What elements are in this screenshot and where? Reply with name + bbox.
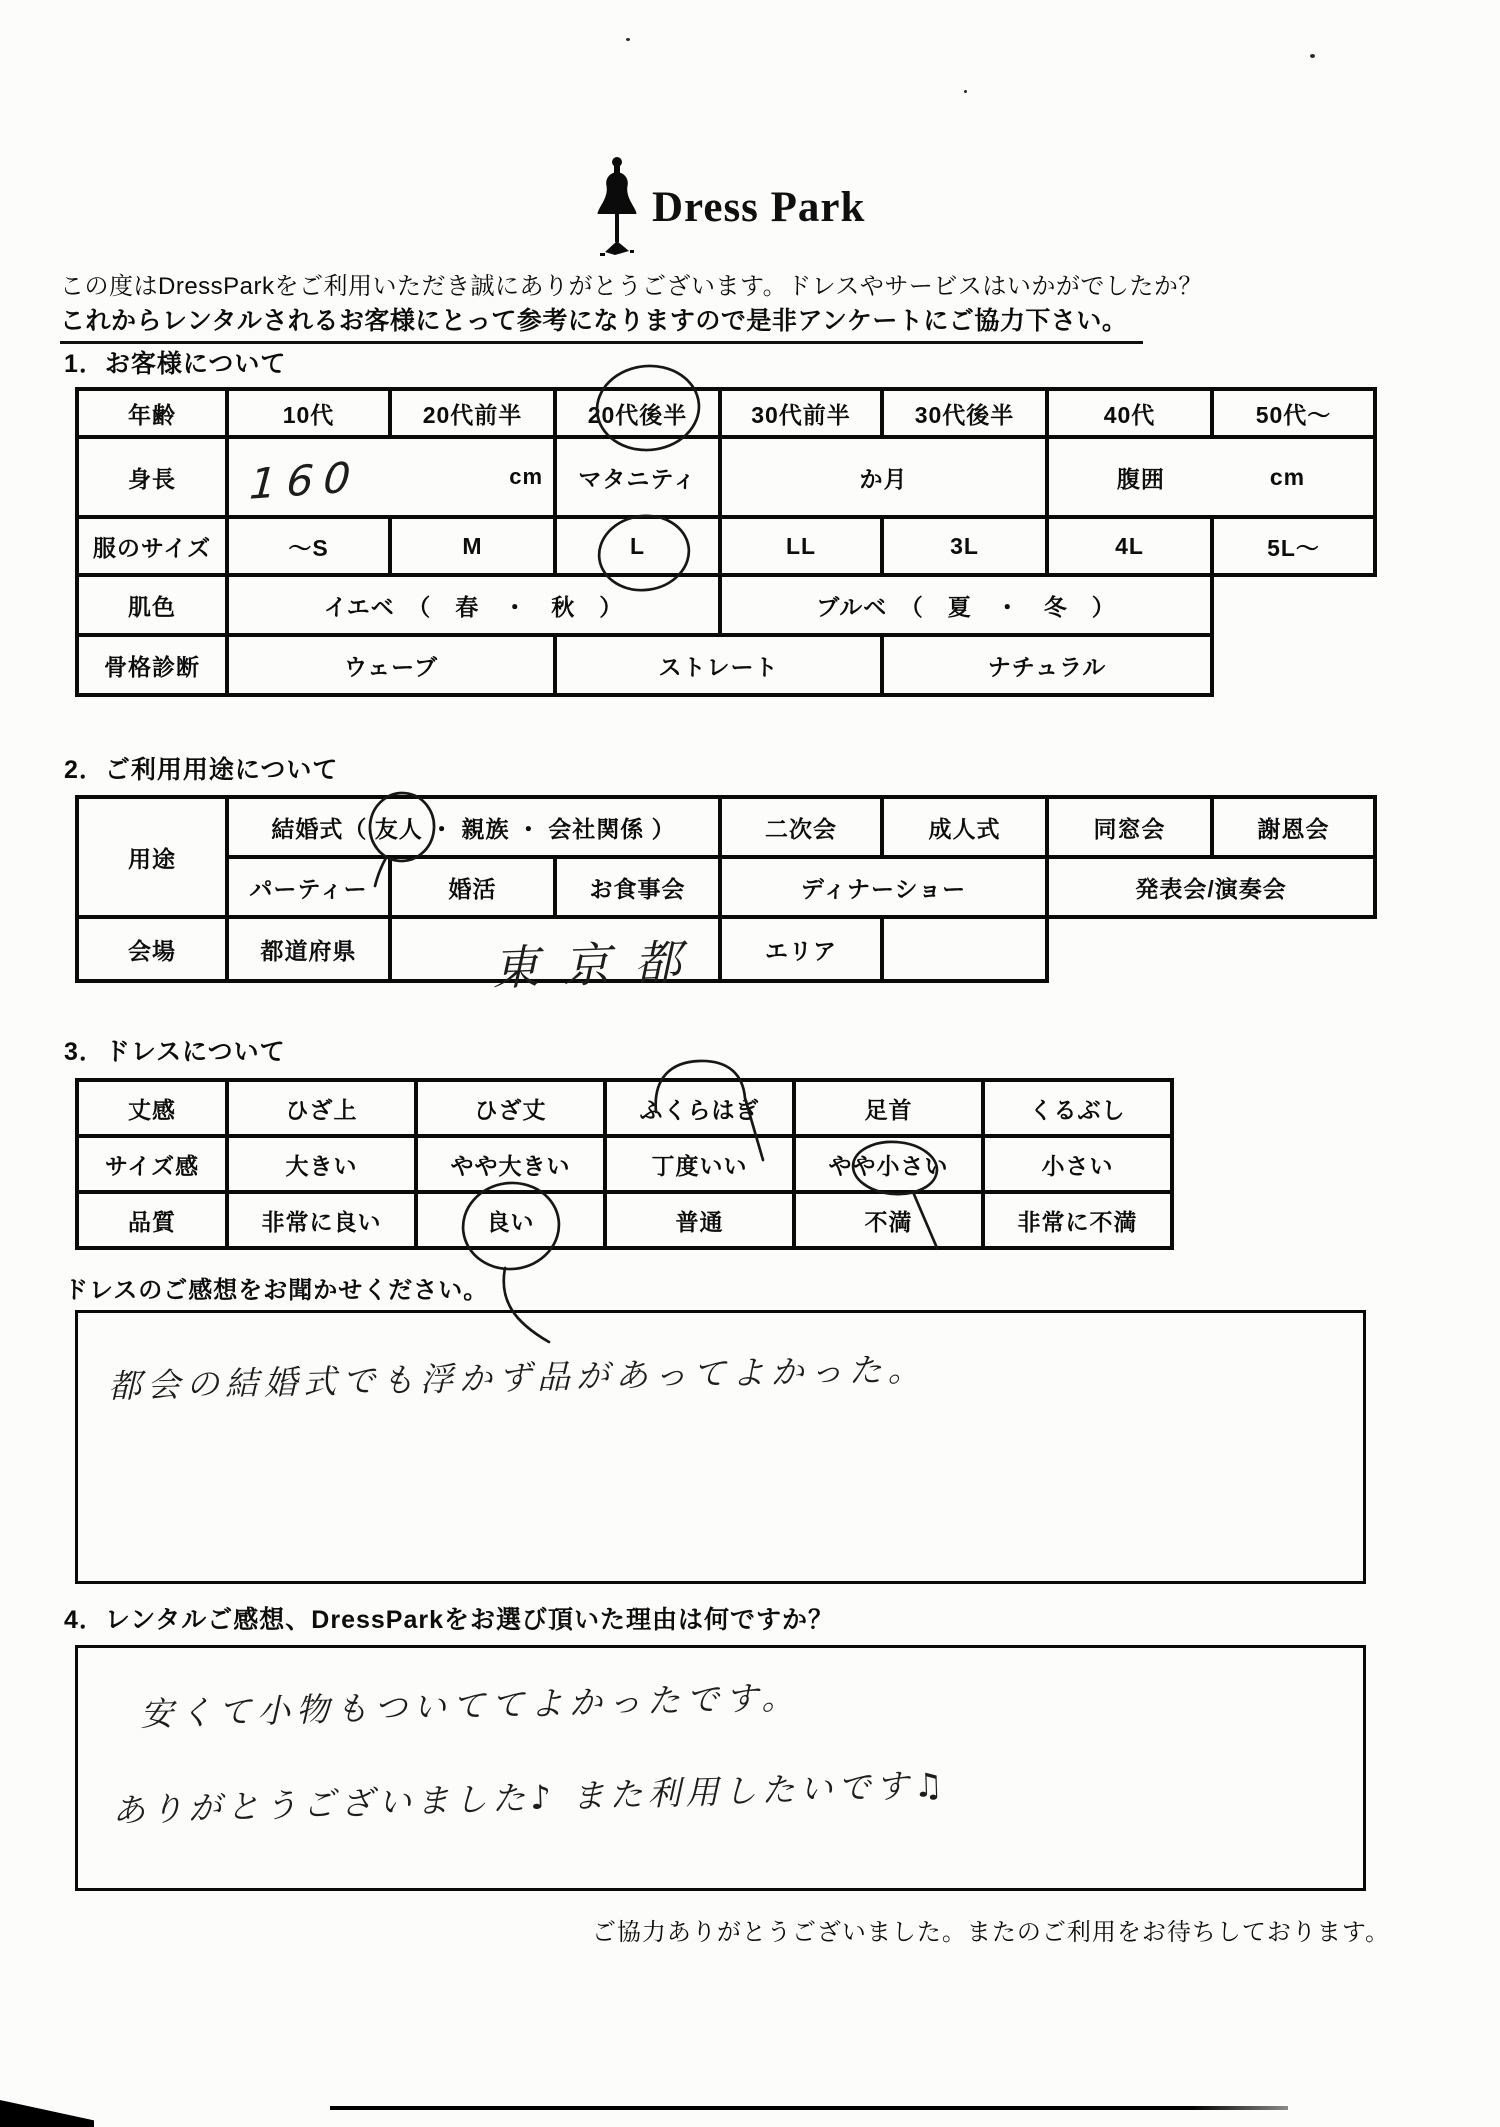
age-option-selected: 20代後半 [555, 389, 720, 437]
venue-row: 会場 都道府県 エリア [77, 917, 1375, 981]
brand-logo: Dress Park [594, 156, 865, 258]
length-row: 丈感 ひざ上 ひざ丈 ふくらはぎ 足首 くるぶし [77, 1080, 1172, 1136]
skin-label: 肌色 [77, 575, 227, 635]
dress-feedback-prompt: ドレスのご感想をお聞かせください。 [64, 1270, 488, 1305]
waist-cell: 腹囲 cm [1047, 437, 1375, 517]
fit-option-selected: やや小さい [794, 1136, 983, 1192]
scan-artifact-line [330, 2106, 1288, 2110]
handwritten-prefecture: 東京都 [491, 924, 706, 998]
length-option: ひざ丈 [416, 1080, 605, 1136]
age-option: 20代前半 [390, 389, 555, 437]
usage-row-1: 用途 結婚式（ 友人 ・ 親族 ・ 会社関係 ） 二次会 成人式 同窓会 謝恩会 [77, 797, 1375, 857]
maternity-label: マタニティ [555, 437, 720, 517]
length-label: 丈感 [77, 1080, 227, 1136]
customer-table: 年齢 10代 20代前半 20代後半 30代前半 30代後半 40代 50代～ … [75, 387, 1377, 697]
waist-label: 腹囲 [1117, 461, 1165, 494]
usage-table: 用途 結婚式（ 友人 ・ 親族 ・ 会社関係 ） 二次会 成人式 同窓会 謝恩会… [75, 795, 1377, 983]
section-4-title: 4．レンタルご感想、DressParkをお選び頂いた理由は何ですか？ [64, 1600, 834, 1636]
size-row: 服のサイズ ～S M L LL 3L 4L 5L～ [77, 517, 1375, 575]
handwritten-height-value: 160 [248, 452, 362, 509]
usage-option: パーティー [227, 857, 390, 917]
closing-thanks-text: ご協力ありがとうございました。またのご利用をお待ちしております。 [592, 1912, 1390, 1947]
usage-option: お食事会 [555, 857, 720, 917]
length-option: 足首 [794, 1080, 983, 1136]
fit-row: サイズ感 大きい やや大きい 丁度いい やや小さい 小さい [77, 1136, 1172, 1192]
section-3-title: 3．ドレスについて [64, 1032, 286, 1068]
size-option: 3L [882, 517, 1047, 575]
usage-option: 二次会 [720, 797, 882, 857]
maternity-months-label: か月 [720, 437, 1047, 517]
scan-speck [1310, 54, 1315, 58]
frame-option: ストレート [555, 635, 882, 695]
quality-option: 普通 [605, 1192, 794, 1248]
size-option: LL [720, 517, 882, 575]
size-option: 4L [1047, 517, 1212, 575]
section-2-title: 2．ご利用用途について [64, 750, 338, 786]
age-row: 年齢 10代 20代前半 20代後半 30代前半 30代後半 40代 50代～ [77, 389, 1375, 437]
usage-option: 成人式 [882, 797, 1047, 857]
intro-emphasis-text: これからレンタルされるお客様にとって参考になりますので是非アンケートにご協力下さ… [60, 301, 1143, 344]
frame-row: 骨格診断 ウェーブ ストレート ナチュラル [77, 635, 1375, 695]
frame-option: ウェーブ [227, 635, 555, 695]
usage-option-wedding: 結婚式（ 友人 ・ 親族 ・ 会社関係 ） [227, 797, 720, 857]
quality-option: 非常に良い [227, 1192, 416, 1248]
quality-label: 品質 [77, 1192, 227, 1248]
usage-option: 婚活 [390, 857, 555, 917]
usage-option: 同窓会 [1047, 797, 1212, 857]
age-option: 50代～ [1212, 389, 1375, 437]
fit-option: 丁度いい [605, 1136, 794, 1192]
size-option: M [390, 517, 555, 575]
length-option: ひざ上 [227, 1080, 416, 1136]
length-option-selected: ふくらはぎ [605, 1080, 794, 1136]
area-label: エリア [720, 917, 882, 981]
dress-table: 丈感 ひざ上 ひざ丈 ふくらはぎ 足首 くるぶし サイズ感 大きい やや大きい … [75, 1078, 1174, 1250]
age-option: 30代前半 [720, 389, 882, 437]
frame-option: ナチュラル [882, 635, 1212, 695]
height-label: 身長 [77, 437, 227, 517]
skin-option-blue: ブルベ （ 夏 ・ 冬 ） [720, 575, 1212, 635]
quality-option-selected: 良い [416, 1192, 605, 1248]
fit-option: やや大きい [416, 1136, 605, 1192]
quality-row: 品質 非常に良い 良い 普通 不満 非常に不満 [77, 1192, 1172, 1248]
usage-option: 謝恩会 [1212, 797, 1375, 857]
size-label: 服のサイズ [77, 517, 227, 575]
scan-speck [964, 90, 967, 93]
section-1-title: 1．お客様について [64, 344, 286, 380]
empty-cell [1212, 635, 1375, 695]
size-option: ～S [227, 517, 390, 575]
frame-label: 骨格診断 [77, 635, 227, 695]
scan-speck [626, 38, 630, 41]
size-option: 5L～ [1212, 517, 1375, 575]
fit-option: 小さい [983, 1136, 1172, 1192]
empty-cell [1212, 575, 1375, 635]
skin-row: 肌色 イエベ （ 春 ・ 秋 ） ブルベ （ 夏 ・ 冬 ） [77, 575, 1375, 635]
skin-option-yellow: イエベ （ 春 ・ 秋 ） [227, 575, 720, 635]
usage-row-2: パーティー 婚活 お食事会 ディナーショー 発表会/演奏会 [77, 857, 1375, 917]
dress-form-icon [594, 156, 640, 258]
empty-cell [1047, 917, 1375, 981]
quality-option: 非常に不満 [983, 1192, 1172, 1248]
age-option: 40代 [1047, 389, 1212, 437]
usage-option: ディナーショー [720, 857, 1047, 917]
fit-label: サイズ感 [77, 1136, 227, 1192]
usage-label: 用途 [77, 797, 227, 917]
prefecture-label: 都道府県 [227, 917, 390, 981]
height-unit: cm [509, 464, 543, 490]
age-option: 30代後半 [882, 389, 1047, 437]
length-option: くるぶし [983, 1080, 1172, 1136]
quality-option: 不満 [794, 1192, 983, 1248]
age-option: 10代 [227, 389, 390, 437]
fit-option: 大きい [227, 1136, 416, 1192]
usage-option: 発表会/演奏会 [1047, 857, 1375, 917]
venue-label: 会場 [77, 917, 227, 981]
brand-name: Dress Park [652, 183, 865, 232]
intro-text: この度はDressParkをご利用いただき誠にありがとうございます。ドレスやサー… [60, 266, 1203, 301]
scanned-survey-page: Dress Park この度はDressParkをご利用いただき誠にありがとうご… [0, 0, 1500, 2127]
size-option-selected: L [555, 517, 720, 575]
area-value-cell [882, 917, 1047, 981]
scan-artifact-corner [0, 2094, 94, 2127]
age-label: 年齢 [77, 389, 227, 437]
waist-unit: cm [1270, 464, 1305, 491]
